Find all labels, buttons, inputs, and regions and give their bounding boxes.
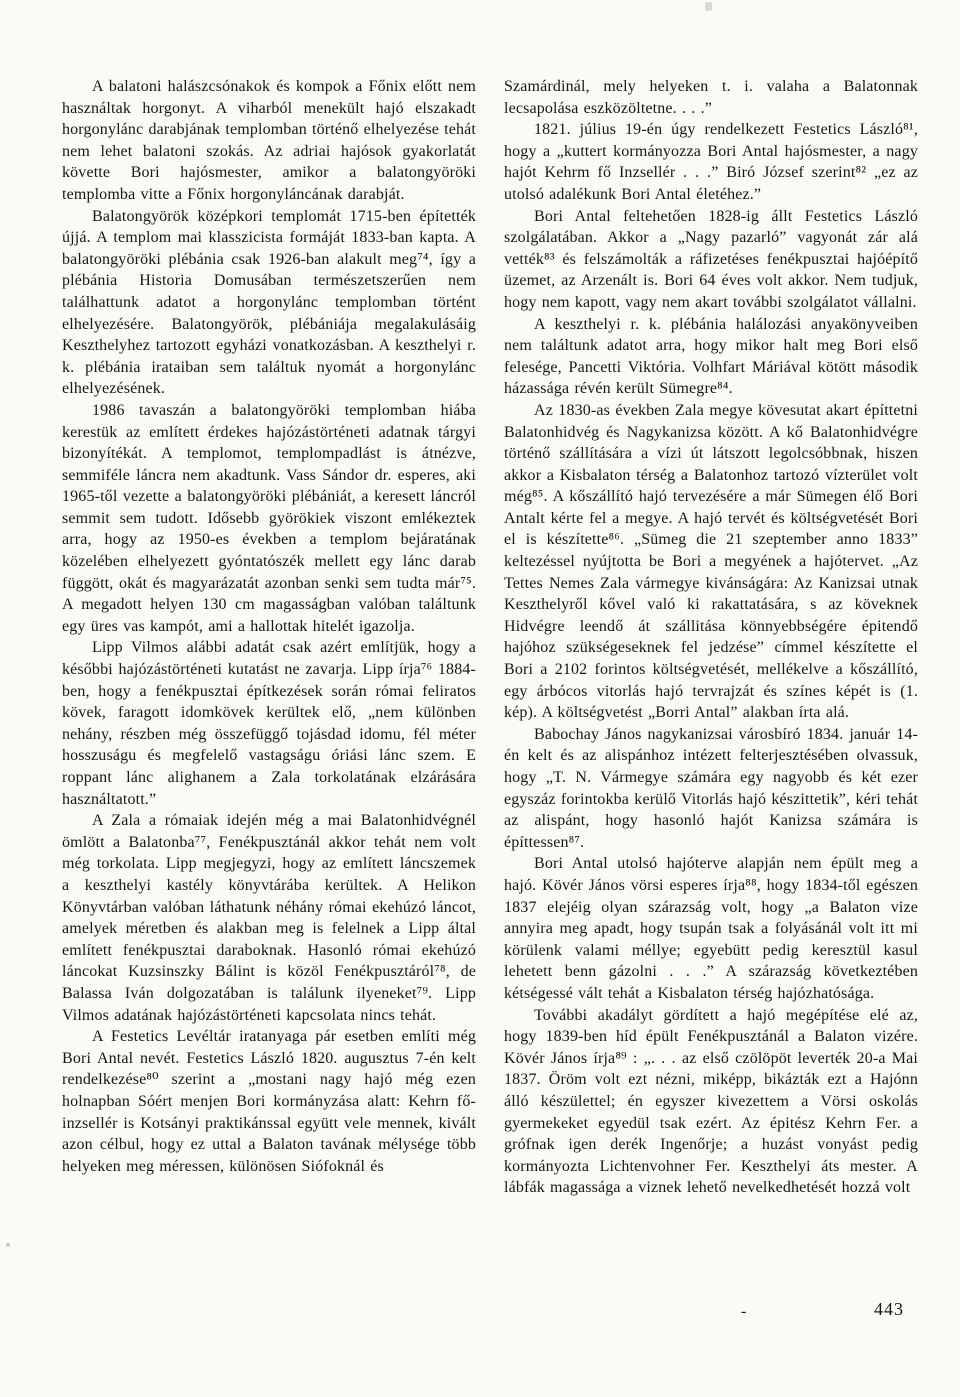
paragraph: Bori Antal feltehetően 1828-ig állt Fest… [504, 206, 918, 314]
paragraph: 1986 tavaszán a balatongyöröki templomba… [62, 400, 476, 638]
paragraph: Balatongyörök középkori templomát 1715-b… [62, 206, 476, 400]
paragraph: A Festetics Levéltár iratanyaga pár eset… [62, 1026, 476, 1177]
paragraph: 1821. július 19-én úgy rendelkezett Fest… [504, 119, 918, 205]
paragraph: Szamárdinál, mely helyeken t. i. valaha … [504, 76, 918, 119]
footer-dash: - [741, 1303, 746, 1321]
text-column-right: Szamárdinál, mely helyeken t. i. valaha … [504, 76, 918, 1199]
page-number: 443 [874, 1299, 904, 1320]
scan-artifact [6, 1243, 10, 1247]
text-column-left: A balatoni halászcsónakok és kompok a Fő… [62, 76, 476, 1199]
paragraph: Lipp Vilmos alábbi adatát csak azért eml… [62, 637, 476, 810]
paragraph: A keszthelyi r. k. plébánia halálozási a… [504, 314, 918, 400]
two-column-text-block: A balatoni halászcsónakok és kompok a Fő… [62, 76, 918, 1199]
paragraph: Bori Antal utolsó hajóterve alapján nem … [504, 853, 918, 1004]
paragraph: Az 1830-as években Zala megye kövesutat … [504, 400, 918, 724]
scanned-document-page: A balatoni halászcsónakok és kompok a Fő… [0, 0, 960, 1397]
paragraph: A Zala a rómaiak idején még a mai Balato… [62, 810, 476, 1026]
paragraph: További akadályt gördített a hajó megépí… [504, 1005, 918, 1199]
paragraph: Babochay János nagykanizsai városbíró 18… [504, 724, 918, 854]
scan-artifact [705, 2, 712, 11]
paragraph: A balatoni halászcsónakok és kompok a Fő… [62, 76, 476, 206]
